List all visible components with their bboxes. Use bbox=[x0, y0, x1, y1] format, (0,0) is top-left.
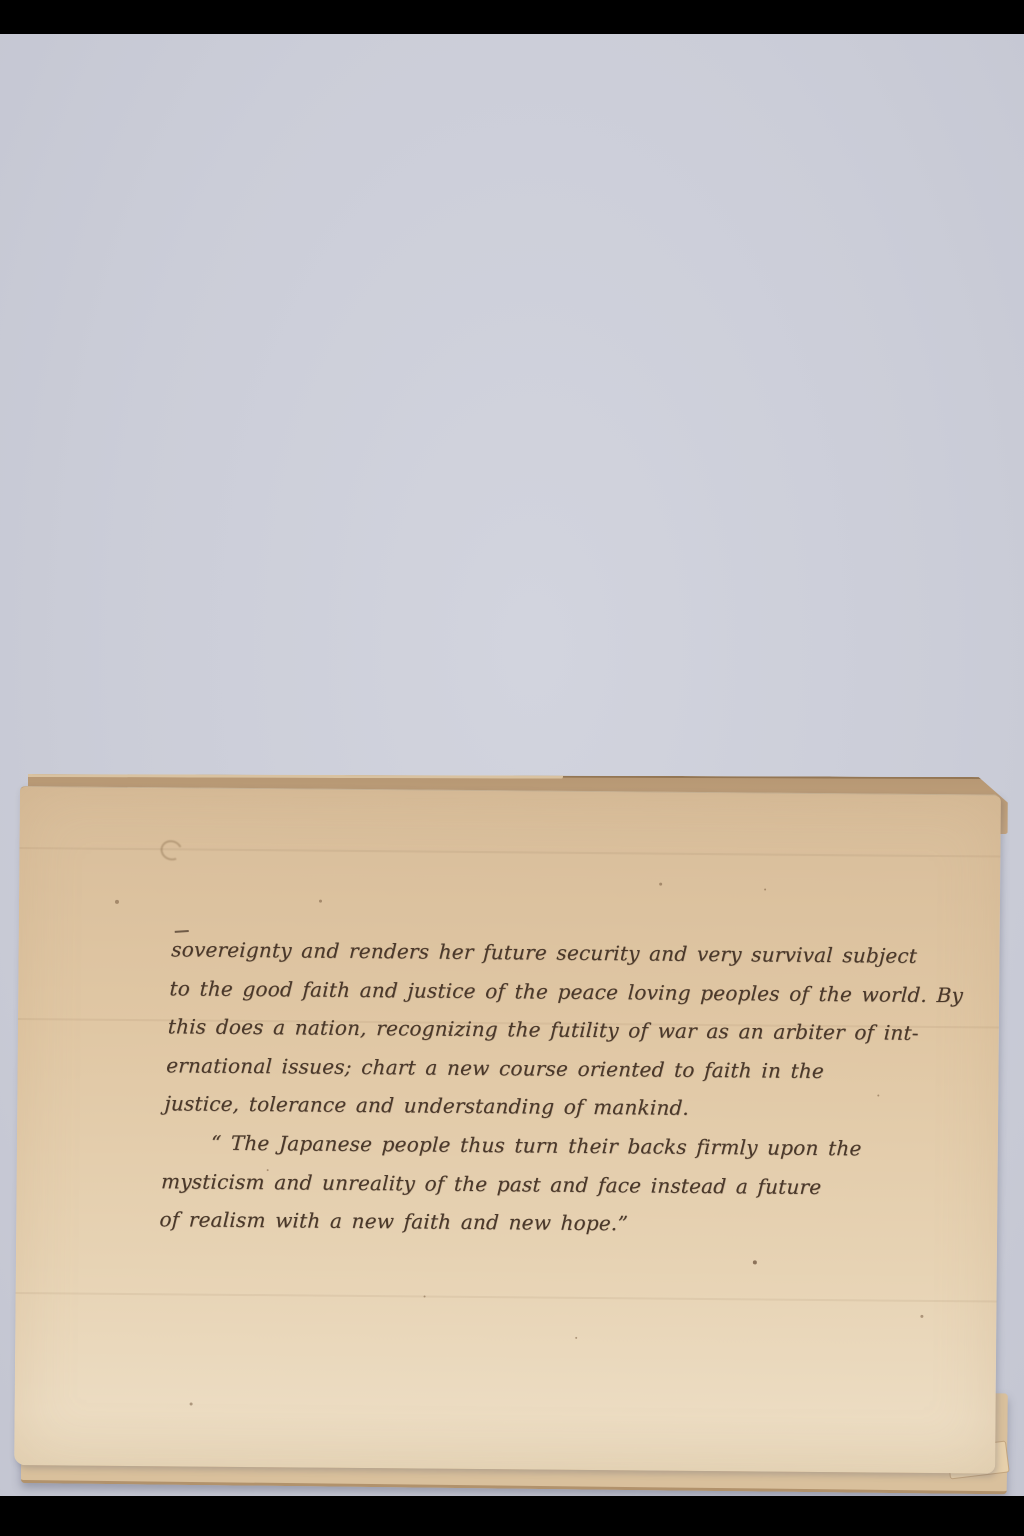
under-sheet-thin-edge bbox=[24, 769, 563, 779]
paper-speck bbox=[319, 900, 322, 903]
text-line: “ The Japanese people thus turn their ba… bbox=[162, 1123, 954, 1168]
text-line: of realism with a new faith and new hope… bbox=[159, 1200, 951, 1245]
handwritten-text: sovereignty and renders her future secur… bbox=[159, 930, 962, 1246]
paper-stack: sovereignty and renders her future secur… bbox=[0, 0, 1024, 1536]
paper-speck bbox=[115, 900, 119, 904]
photo-background: sovereignty and renders her future secur… bbox=[0, 0, 1024, 1536]
ink-smudge bbox=[158, 837, 186, 863]
text-line: sovereignty and renders her future secur… bbox=[170, 930, 962, 975]
photograph-of-manuscript: sovereignty and renders her future secur… bbox=[0, 0, 1024, 1536]
manuscript-page: sovereignty and renders her future secur… bbox=[14, 786, 1001, 1474]
letterbox-top bbox=[0, 0, 1024, 34]
letterbox-bottom bbox=[0, 1496, 1024, 1536]
paper-speck bbox=[920, 1315, 923, 1318]
paper-speck bbox=[659, 883, 662, 886]
paper-speck bbox=[575, 1337, 577, 1339]
paper-speck bbox=[764, 888, 766, 890]
paper-speck bbox=[424, 1296, 426, 1298]
paper-speck bbox=[753, 1260, 757, 1264]
paper-speck bbox=[190, 1403, 193, 1406]
paper-crease bbox=[16, 1292, 997, 1303]
text-line: this does a nation, recognizing the futi… bbox=[167, 1007, 959, 1052]
